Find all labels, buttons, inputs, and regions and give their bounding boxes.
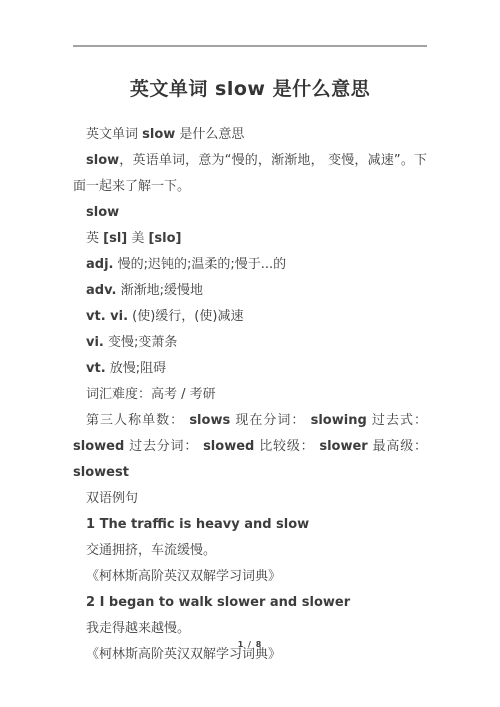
- text-run: 第三人称单数：: [86, 413, 189, 428]
- text-run: 交通拥挤，车流缓慢。: [86, 543, 216, 558]
- text-run: 现在分词：: [230, 413, 310, 428]
- paragraph: slow: [73, 200, 427, 226]
- bold-text-run: slow: [86, 153, 119, 168]
- bold-text-run: slowest: [73, 465, 129, 480]
- bold-text-run: vi.: [86, 335, 104, 350]
- paragraph: 英 [sl] 美 [slo]: [73, 226, 427, 252]
- bold-text-run: vt. vi.: [86, 309, 128, 324]
- bold-text-run: 2 I began to walk slower and slower: [86, 595, 350, 610]
- bold-text-run: [slo]: [148, 231, 181, 246]
- bold-text-run: slows: [189, 413, 230, 428]
- text-run: ，英语单词，意为“慢的，渐渐地， 变慢，减速”。下面一起来了解一下。: [73, 153, 427, 194]
- text-run: (使)缓行，(使)减速: [128, 309, 243, 324]
- text-run: 放慢;阻碍: [106, 361, 167, 376]
- text-run: 过去分词：: [124, 439, 203, 454]
- bold-text-run: slowed: [203, 439, 254, 454]
- document-page: 英文单词 slow 是什么意思 英文单词 slow 是什么意思slow，英语单词…: [0, 0, 500, 707]
- text-run: 慢的;迟钝的;温柔的;慢于...的: [113, 257, 286, 272]
- text-run: 《柯林斯高阶英汉双解学习词典》: [86, 647, 281, 662]
- paragraph: 2 I began to walk slower and slower: [73, 590, 427, 616]
- paragraph: vt. 放慢;阻碍: [73, 356, 427, 382]
- paragraph: adv. 渐渐地;缓慢地: [73, 278, 427, 304]
- paragraph: 我走得越来越慢。: [73, 616, 427, 642]
- paragraph: 《柯林斯高阶英汉双解学习词典》: [73, 564, 427, 590]
- page-title: 英文单词 slow 是什么意思: [0, 74, 500, 101]
- text-run: 我走得越来越慢。: [86, 621, 190, 636]
- text-run: 最高级：: [368, 439, 427, 454]
- bold-text-run: vt.: [86, 361, 106, 376]
- paragraph: vi. 变慢;变萧条: [73, 330, 427, 356]
- text-run: 《柯林斯高阶英汉双解学习词典》: [86, 569, 281, 584]
- bold-text-run: slow: [142, 127, 175, 142]
- text-run: 英: [86, 231, 103, 246]
- document-body: 英文单词 slow 是什么意思slow，英语单词，意为“慢的，渐渐地， 变慢，减…: [73, 122, 427, 668]
- paragraph: 第三人称单数： slows 现在分词： slowing 过去式： slowed …: [73, 408, 427, 486]
- text-run: 是什么意思: [175, 127, 244, 142]
- bold-text-run: adv.: [86, 283, 116, 298]
- text-run: 渐渐地;缓慢地: [116, 283, 203, 298]
- text-run: 双语例句: [86, 491, 138, 506]
- paragraph: adj. 慢的;迟钝的;温柔的;慢于...的: [73, 252, 427, 278]
- header-divider: [73, 45, 427, 47]
- paragraph: 交通拥挤，车流缓慢。: [73, 538, 427, 564]
- bold-text-run: [sl]: [103, 231, 127, 246]
- bold-text-run: slowed: [73, 439, 124, 454]
- text-run: 变慢;变萧条: [104, 335, 178, 350]
- paragraph: vt. vi. (使)缓行，(使)减速: [73, 304, 427, 330]
- bold-text-run: slow: [86, 205, 119, 220]
- paragraph: 词汇难度：高考 / 考研: [73, 382, 427, 408]
- paragraph: slow，英语单词，意为“慢的，渐渐地， 变慢，减速”。下面一起来了解一下。: [73, 148, 427, 200]
- text-run: 比较级：: [254, 439, 319, 454]
- text-run: 过去式：: [367, 413, 427, 428]
- bold-text-run: slower: [319, 439, 367, 454]
- text-run: 美: [127, 231, 148, 246]
- bold-text-run: slowing: [311, 413, 367, 428]
- paragraph: 1 The traffic is heavy and slow: [73, 512, 427, 538]
- bold-text-run: 1 The traffic is heavy and slow: [86, 517, 309, 532]
- text-run: 英文单词: [86, 127, 142, 142]
- paragraph: 双语例句: [73, 486, 427, 512]
- page-number: 1 / 8: [0, 640, 500, 649]
- text-run: 词汇难度：高考 / 考研: [86, 387, 216, 402]
- paragraph: 英文单词 slow 是什么意思: [73, 122, 427, 148]
- bold-text-run: adj.: [86, 257, 113, 272]
